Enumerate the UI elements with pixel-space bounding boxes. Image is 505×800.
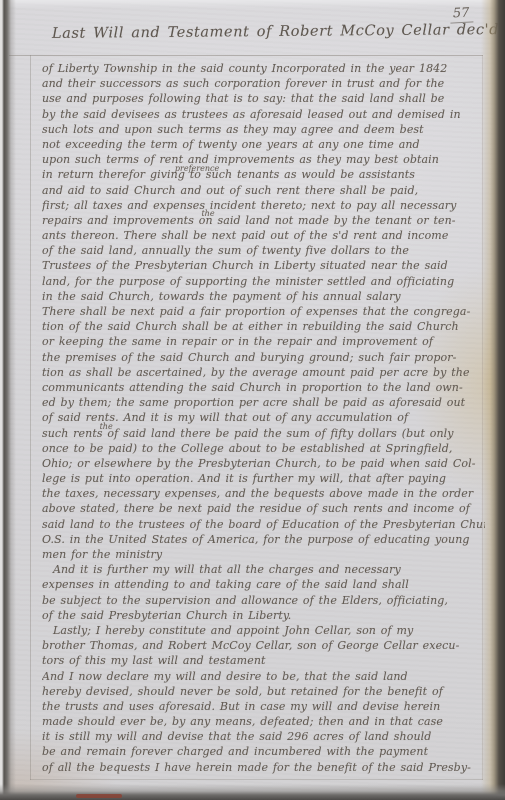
manuscript-line: of all the bequests I have herein made f…: [42, 760, 485, 775]
manuscript-line: the taxes, necessary expenses, and the b…: [42, 486, 485, 501]
interlineation-word: the: [100, 419, 113, 434]
margin-rule-left: [30, 55, 31, 780]
manuscript-line: made should ever be, by any means, defea…: [42, 714, 485, 729]
manuscript-line: expenses in attending to and taking care…: [42, 577, 485, 592]
manuscript-line: repairs and improvements on said land no…: [42, 213, 485, 228]
margin-rule-top: [9, 55, 483, 56]
manuscript-line: first; all taxes and expenses incident t…: [42, 198, 485, 213]
manuscript-line: upon such terms of rent and improvements…: [42, 152, 485, 167]
manuscript-line: of Liberty Township in the said county I…: [42, 61, 485, 76]
manuscript-line: Lastly; I hereby constitute and appoint …: [42, 623, 485, 638]
document-heading: Last Will and Testament of Robert McCoy …: [52, 22, 492, 42]
manuscript-line: O.S. in the United States of America, fo…: [42, 532, 485, 547]
manuscript-line: tors of this my last will and testament: [42, 653, 485, 668]
manuscript-line: it is still my will and devise that the …: [42, 729, 485, 744]
manuscript-line: Ohio; or elsewhere by the Presbyterian C…: [42, 456, 485, 471]
manuscript-line: land, for the purpose of supporting the …: [42, 274, 485, 289]
manuscript-line: be subject to the supervision and allowa…: [42, 593, 485, 608]
manuscript-line: ed by them; the same proportion per acre…: [42, 395, 485, 410]
scan-edge-top: [0, 0, 505, 8]
manuscript-line: ants thereon. There shall be next paid o…: [42, 228, 485, 243]
manuscript-line: or keeping the same in repair or in the …: [42, 334, 485, 349]
manuscript-line: by the said devisees as trustees as afor…: [42, 107, 485, 122]
scanned-will-page: Last Will and Testament of Robert McCoy …: [0, 0, 505, 800]
manuscript-line: hereby devised, should never be sold, bu…: [42, 684, 485, 699]
manuscript-line: There shall be next paid a fair proporti…: [42, 304, 485, 319]
interlineation-word: preference: [175, 161, 219, 176]
manuscript-line: lege is put into operation. And it is fu…: [42, 471, 485, 486]
page-number: 57: [450, 5, 473, 23]
manuscript-line: tion of the said Church shall be at eith…: [42, 319, 485, 334]
manuscript-line: brother Thomas, and Robert McCoy Cellar,…: [42, 638, 485, 653]
manuscript-line: the premises of the said Church and bury…: [42, 350, 485, 365]
manuscript-line: in return therefor giving to such tenant…: [42, 167, 485, 182]
manuscript-line: be and remain forever charged and incumb…: [42, 744, 485, 759]
manuscript-line: such lots and upon such terms as they ma…: [42, 122, 485, 137]
scan-edge-left: [0, 0, 16, 800]
manuscript-line: in the said Church, towards the payment …: [42, 289, 485, 304]
manuscript-line: said land to the trustees of the board o…: [42, 517, 485, 532]
manuscript-line: men for the ministry: [42, 547, 485, 562]
manuscript-line: and aid to said Church and out of such r…: [42, 183, 485, 198]
interlineation-word: the: [201, 206, 214, 221]
manuscript-body: of Liberty Township in the said county I…: [42, 61, 485, 782]
scan-edge-right: [481, 0, 505, 800]
manuscript-line: of the said Presbyterian Church in Liber…: [42, 608, 485, 623]
manuscript-line: above stated, there be next paid the res…: [42, 501, 485, 516]
manuscript-line: such rents of said land there be paid th…: [42, 426, 485, 441]
manuscript-line: of the said land, annually the sum of tw…: [42, 243, 485, 258]
manuscript-line: and their successors as such corporation…: [42, 76, 485, 91]
manuscript-line: communicants attending the said Church i…: [42, 380, 485, 395]
manuscript-line: use and purposes following that is to sa…: [42, 91, 485, 106]
manuscript-line: tion as shall be ascertained, by the ave…: [42, 365, 485, 380]
manuscript-line: the trusts and uses aforesaid. But in ca…: [42, 699, 485, 714]
manuscript-line: not exceeding the term of twenty one yea…: [42, 137, 485, 152]
manuscript-line: Trustees of the Presbyterian Church in L…: [42, 258, 485, 273]
red-ink-mark: [76, 794, 122, 798]
manuscript-line: And it is further my will that all the c…: [42, 562, 485, 577]
scan-edge-bottom: [0, 784, 505, 800]
manuscript-line: And I now declare my will and desire to …: [42, 669, 485, 684]
manuscript-line: once to be paid) to the College about to…: [42, 441, 485, 456]
